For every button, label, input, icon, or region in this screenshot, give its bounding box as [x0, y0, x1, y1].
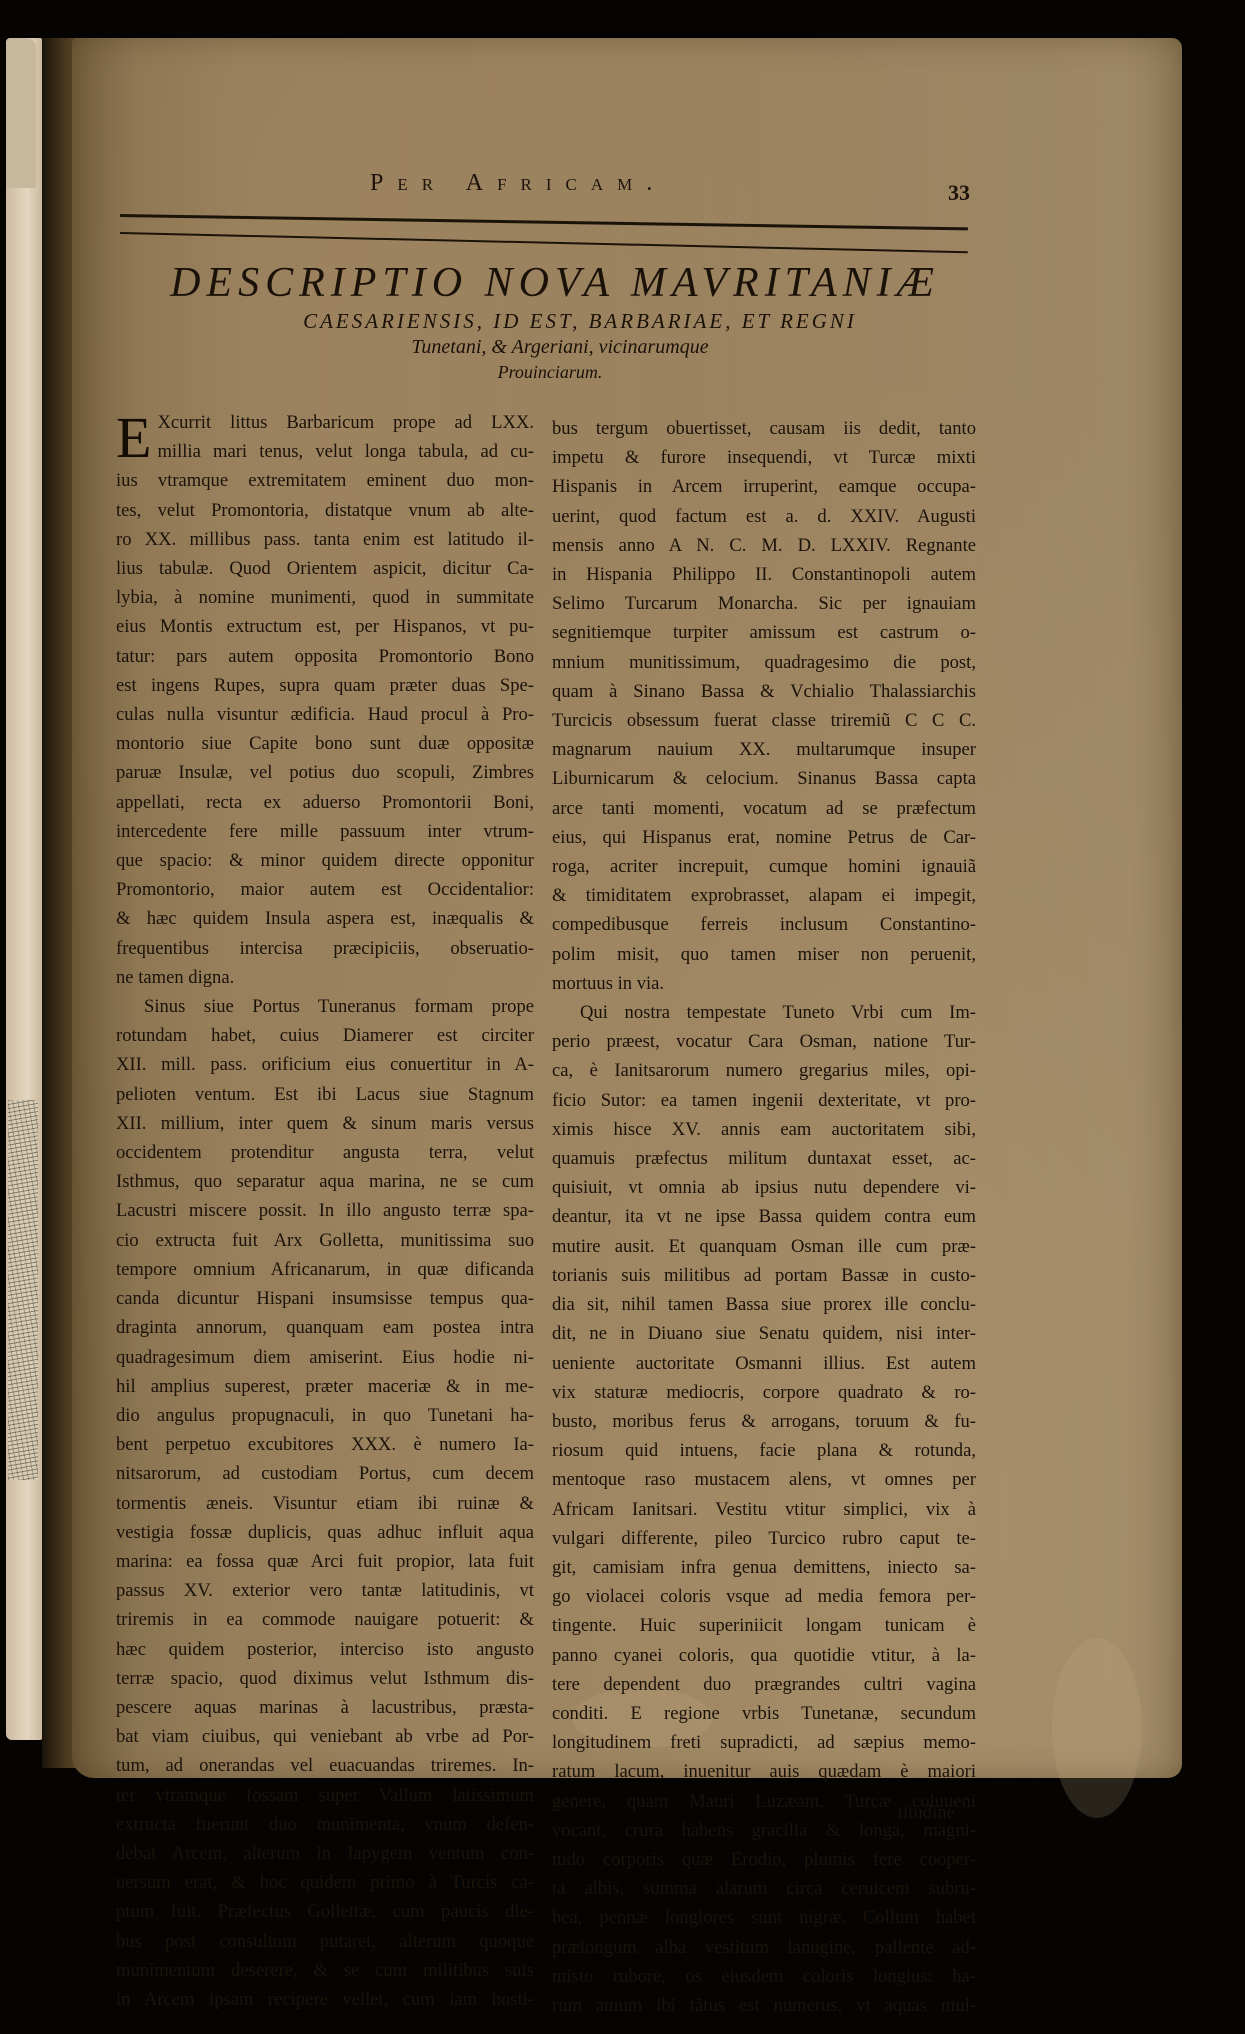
- text-line: compedibusque ferreis inclusum Constanti…: [552, 910, 976, 939]
- text-line: Lacustri miscere possit. In illo angusto…: [116, 1196, 534, 1225]
- text-line: ter vtramque fossam super Vallum latissi…: [116, 1781, 534, 1810]
- text-line: cio extructa fuit Arx Golletta, munitiss…: [116, 1226, 534, 1255]
- text-line: ro XX. millibus pass. tanta enim est lat…: [116, 525, 534, 554]
- text-line: draginta annorum, quanquam eam postea in…: [116, 1313, 534, 1342]
- text-line: XII. millium, inter quem & sinum maris v…: [116, 1109, 534, 1138]
- text-line: Sinus siue Portus Tuneranus formam prope: [116, 992, 534, 1021]
- adjacent-page-edge: [6, 38, 42, 1740]
- text-line: tempore omnium Africanarum, in quæ dific…: [116, 1255, 534, 1284]
- text-line: pelioten ventum. Est ibi Lacus siue Stag…: [116, 1080, 534, 1109]
- drop-cap: E: [116, 412, 151, 464]
- text-line: in Arcem ipsam recipere vellet, cum iam …: [116, 1985, 534, 2014]
- text-line: Liburnicarum & celocium. Sinanus Bassa c…: [552, 764, 976, 793]
- text-line: ratum lacum, inuenitur auis quædam è mai…: [552, 1757, 976, 1786]
- text-line: pescere aquas marinas à lacustribus, præ…: [116, 1693, 534, 1722]
- text-line: tere dependent duo prægrandes cultri vag…: [552, 1670, 976, 1699]
- text-line: lybia, à nomine munimenti, quod in summi…: [116, 583, 534, 612]
- text-line: tingente. Huic superiniicit longam tunic…: [552, 1611, 976, 1640]
- text-line: quamuis præfectus militum duntaxat esset…: [552, 1144, 976, 1173]
- text-line: hæc quidem posterior, interciso isto ang…: [116, 1635, 534, 1664]
- text-line: conditi. E regione vrbis Tunetanæ, secun…: [552, 1699, 976, 1728]
- text-line: uerint, quod factum est a. d. XXIV. Augu…: [552, 502, 976, 531]
- text-line: quisiuit, vt omnia ab ipsius nutu depend…: [552, 1173, 976, 1202]
- text-line: passus XV. exterior vero tantæ latitudin…: [116, 1576, 534, 1605]
- text-line: ius vtramque extremitatem eminent duo mo…: [116, 466, 534, 495]
- text-line: paruæ Insulæ, vel potius duo scopuli, Zi…: [116, 758, 534, 787]
- text-line: busto, moribus ferus & arrogans, toruum …: [552, 1407, 976, 1436]
- text-line: uersum erat, & hoc quidem primo à Turcis…: [116, 1868, 534, 1897]
- running-head: Per Africam.: [370, 170, 666, 197]
- text-line: impetu & furore insequendi, vt Turcæ mix…: [552, 443, 976, 472]
- text-line: dio angulus propugnaculi, in quo Tunetan…: [116, 1401, 534, 1430]
- text-line: mnium munitissimum, quadragesimo die pos…: [552, 648, 976, 677]
- text-line: debat Arcem, alterum in Iapygem ventum c…: [116, 1839, 534, 1868]
- right-text-column: bus tergum obuertisset, causam iis dedit…: [552, 414, 976, 2020]
- text-line: dit, ne in Diuano siue Senatu quidem, ni…: [552, 1319, 976, 1348]
- text-line: Hispanis in Arcem irruperint, eamque occ…: [552, 472, 976, 501]
- text-line: ta albis, summa alarum circa ceruicem su…: [552, 1874, 976, 1903]
- text-line: longitudinem freti supradicti, ad sæpius…: [552, 1728, 976, 1757]
- text-line: quam à Sinano Bassa & Vchialio Thalassia…: [552, 677, 976, 706]
- chapter-title: DESCRIPTIO NOVA MAVRITANIÆ CAESARIENSIS,…: [110, 258, 990, 384]
- text-line: & hæc quidem Insula aspera est, inæquali…: [116, 904, 534, 933]
- text-line: que spacio: & minor quidem directe oppon…: [116, 846, 534, 875]
- text-line: frequentibus intercisa præcipiciis, obse…: [116, 934, 534, 963]
- text-line: munimentum deserere, & se cum militibus …: [116, 1956, 534, 1985]
- text-line: appellati, recta ex aduerso Promontorii …: [116, 788, 534, 817]
- text-line: tormentis æneis. Visuntur etiam ibi ruin…: [116, 1489, 534, 1518]
- text-line: culas nulla visuntur ædificia. Haud proc…: [116, 700, 534, 729]
- text-line: mentoque raso mustacem alens, vt omnes p…: [552, 1465, 976, 1494]
- text-line: tes, velut Promontoria, distatque vnum a…: [116, 496, 534, 525]
- page-number: 33: [948, 180, 970, 206]
- text-line: millia mari tenus, velut longa tabula, a…: [116, 437, 534, 466]
- catchword: titudine: [898, 1802, 955, 1824]
- text-line: ficio Sutor: ea tamen ingenii dexteritat…: [552, 1086, 976, 1115]
- text-line: & timiditatem exprobrasset, alapam ei im…: [552, 881, 976, 910]
- text-line: riosum quid intuens, facie plana & rotun…: [552, 1436, 976, 1465]
- text-line: extructa fuerunt duo munimenta, vnum def…: [116, 1810, 534, 1839]
- text-line: ueniente auctoritate Osmanni illius. Est…: [552, 1349, 976, 1378]
- text-line: ptum fuit. Præfectus Gollettæ, cum pauci…: [116, 1897, 534, 1926]
- text-line: magnarum nauium XX. multarumque insuper: [552, 735, 976, 764]
- text-line: deantur, ita vt ne ipse Bassa quidem con…: [552, 1202, 976, 1231]
- text-line: segnitiemque turpiter amissum est castru…: [552, 618, 976, 647]
- text-line: canda dicuntur Hispani insumsisse tempus…: [116, 1284, 534, 1313]
- text-line: in Hispania Philippo II. Constantinopoli…: [552, 560, 976, 589]
- text-line: bea, pennæ longiores sunt nigræ. Collum …: [552, 1903, 976, 1932]
- text-line: tudo corporis quæ Erodio, plumis fere co…: [552, 1845, 976, 1874]
- text-line: mensis anno A N. C. M. D. LXXIV. Regnant…: [552, 531, 976, 560]
- text-line: tatur: pars autem opposita Promontorio B…: [116, 642, 534, 671]
- text-line: Promontorio, maior autem est Occidentali…: [116, 875, 534, 904]
- text-line: montorio siue Capite bono sunt duæ oppos…: [116, 729, 534, 758]
- text-line: Qui nostra tempestate Tuneto Vrbi cum Im…: [552, 998, 976, 1027]
- text-line: rotundam habet, cuius Diamerer est circi…: [116, 1021, 534, 1050]
- text-line: rum auium ibi tãtus est numerus, vt aqua…: [552, 1991, 976, 2020]
- adjacent-page-fold: [6, 38, 36, 188]
- text-line: triremis in ea commode nauigare potuerit…: [116, 1605, 534, 1634]
- text-line: Africam Ianitsari. Vestitu vtitur simpli…: [552, 1495, 976, 1524]
- text-line: vix staturæ mediocris, corpore quadrato …: [552, 1378, 976, 1407]
- text-line: ximis hisce XV. annis eam auctoritatem s…: [552, 1115, 976, 1144]
- text-line: mortuus in via.: [552, 969, 976, 998]
- text-line: eius, qui Hispanus erat, nomine Petrus d…: [552, 823, 976, 852]
- text-line: eius Montis extructum est, per Hispanos,…: [116, 612, 534, 641]
- text-line: bus tergum obuertisset, causam iis dedit…: [552, 414, 976, 443]
- text-line: occidentem protenditur angusta terra, ve…: [116, 1138, 534, 1167]
- title-line-1: DESCRIPTIO NOVA MAVRITANIÆ: [120, 258, 990, 308]
- text-line: go violacei coloris vsque ad media femor…: [552, 1582, 976, 1611]
- text-line: marina: ea fossa quæ Arci fuit propior, …: [116, 1547, 534, 1576]
- text-line: terræ spacio, quod diximus velut Isthmum…: [116, 1664, 534, 1693]
- text-line: panno cyanei coloris, qua quotidie vtitu…: [552, 1641, 976, 1670]
- text-line: ne tamen digna.: [116, 963, 534, 992]
- text-line: arce tanti momenti, vocatum ad se præfec…: [552, 794, 976, 823]
- text-line: est ingens Rupes, supra quam præter duas…: [116, 671, 534, 700]
- text-line: Xcurrit littus Barbaricum prope ad LXX.: [116, 408, 534, 437]
- text-line: polim misit, quo tamen miser non perueni…: [552, 940, 976, 969]
- text-line: nitsarorum, ad custodiam Portus, cum dec…: [116, 1459, 534, 1488]
- text-line: Turcicis obsessum fuerat classe triremiũ…: [552, 706, 976, 735]
- text-line: torianis suis militibus ad portam Bassæ …: [552, 1261, 976, 1290]
- paper-stain: [1052, 1638, 1142, 1818]
- text-line: bus post consultum putaret, alterum quoq…: [116, 1927, 534, 1956]
- text-line: git, camisiam infra genua demittens, ini…: [552, 1553, 976, 1582]
- text-line: roga, acriter increpuit, cumque homini i…: [552, 852, 976, 881]
- text-line: bat viam ciuibus, qui veniebant ab vrbe …: [116, 1722, 534, 1751]
- text-line: ca, è Ianitsarorum numero gregarius mile…: [552, 1056, 976, 1085]
- text-line: bent perpetuo excubitores XXX. è numero …: [116, 1430, 534, 1459]
- title-line-2: CAESARIENSIS, ID EST, BARBARIAE, ET REGN…: [170, 308, 990, 334]
- text-line: Isthmus, quo separatur aqua marina, ne s…: [116, 1167, 534, 1196]
- text-line: tum, ad onerandas vel euacuandas trireme…: [116, 1751, 534, 1780]
- text-line: quadragesimum diem amiserint. Eius hodie…: [116, 1343, 534, 1372]
- text-line: vestigia fossæ duplicis, quas adhuc infl…: [116, 1518, 534, 1547]
- text-line: prælongum alba vestitum lanugine, pallen…: [552, 1933, 976, 1962]
- title-line-4: Prouinciarum.: [110, 360, 990, 384]
- title-line-3: Tunetani, & Argeriani, vicinarumque: [130, 334, 990, 360]
- text-line: lius tabulæ. Quod Orientem aspicit, dici…: [116, 554, 534, 583]
- text-line: vulgari differente, pileo Turcico rubro …: [552, 1524, 976, 1553]
- text-line: mutire ausit. Et quanquam Osman ille cum…: [552, 1232, 976, 1261]
- text-line: Selimo Turcarum Monarcha. Sic per ignaui…: [552, 589, 976, 618]
- left-text-column: E Xcurrit littus Barbaricum prope ad LXX…: [116, 408, 534, 2014]
- text-line: hil amplius superest, præter maceriæ & i…: [116, 1372, 534, 1401]
- adjacent-page-engraving: [8, 1100, 38, 1480]
- text-line: perio præest, vocatur Cara Osman, nation…: [552, 1027, 976, 1056]
- text-line: XII. mill. pass. orificium eius conuerti…: [116, 1050, 534, 1079]
- text-line: misto rubore, os eiusdem coloris longius…: [552, 1962, 976, 1991]
- text-line: dia sit, nihil tamen Bassa siue prorex i…: [552, 1290, 976, 1319]
- text-line: intercedente fere mille passuum inter vt…: [116, 817, 534, 846]
